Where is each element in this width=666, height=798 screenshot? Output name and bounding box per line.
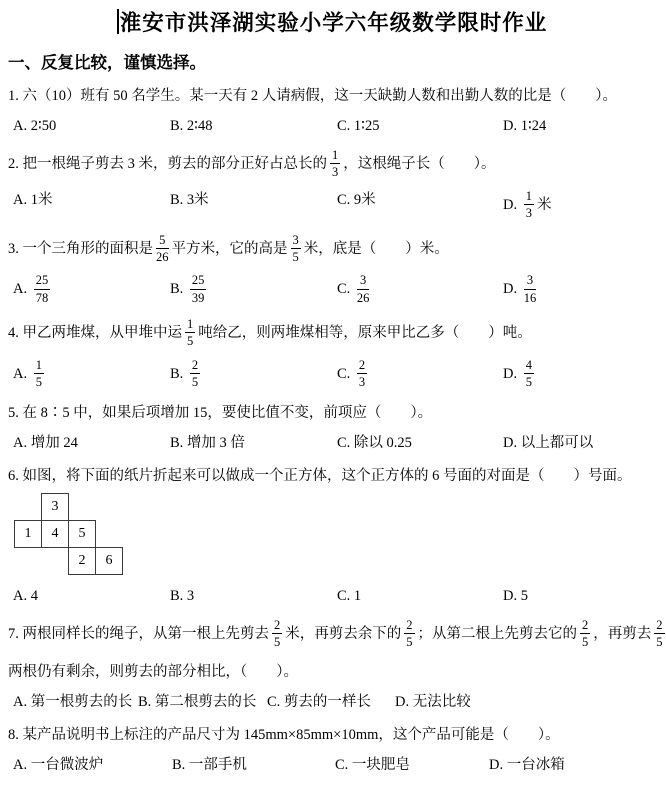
option-b: B. 3米 <box>170 190 337 222</box>
option-c: C. 9米 <box>337 190 503 222</box>
option-b: B. 一部手机 <box>172 755 335 776</box>
question-stem-line: 8. 某产品说明书上标注的产品尺寸为 145mm×85mm×10mm，这个产品可… <box>8 725 656 746</box>
question-stem: 1. 六（10）班有 50 名学生。某一天有 2 人请病假，这一天缺勤人数和出勤… <box>8 86 656 107</box>
option-a: A. 1米 <box>13 190 170 222</box>
fraction: 25 <box>654 618 664 650</box>
option-b: B. 第二根剪去的长 <box>138 692 267 713</box>
option-a: A. 4 <box>13 586 170 607</box>
option-c: C. 23 <box>337 359 503 391</box>
fraction: 13 <box>524 189 534 221</box>
cube-net-diagram: 314526 <box>14 493 656 577</box>
net-cell-1: 1 <box>14 520 42 548</box>
net-cell-6: 6 <box>95 547 123 575</box>
option-d: D. 无法比较 <box>395 692 656 713</box>
fraction: 25 <box>404 618 414 650</box>
option-c: C. 1 <box>337 586 503 607</box>
document-page[interactable]: 淮安市洪泽湖实验小学六年级数学限时作业 一、反复比较，谨慎选择。 1. 六（10… <box>0 0 666 798</box>
option-d: D. 以上都可以 <box>503 433 656 454</box>
option-c: C. 1∶25 <box>337 116 503 137</box>
question-stem-line: 7. 两根同样长的绳子，从第一根上先剪去25米，再剪去余下的25；从第二根上先剪… <box>8 619 656 651</box>
options-row: A. 增加 24B. 增加 3 倍C. 除以 0.25D. 以上都可以 <box>8 433 656 454</box>
fraction: 13 <box>330 148 340 180</box>
option-d: D. 316 <box>503 274 656 306</box>
net-cell-2: 2 <box>68 547 96 575</box>
option-d: D. 45 <box>503 359 656 391</box>
question-8: 8. 某产品说明书上标注的产品尺寸为 145mm×85mm×10mm，这个产品可… <box>8 725 656 776</box>
question-stem: 8. 某产品说明书上标注的产品尺寸为 145mm×85mm×10mm，这个产品可… <box>8 725 656 746</box>
fraction: 15 <box>34 358 44 390</box>
text-cursor <box>117 9 119 34</box>
question-stem-line: 6. 如图，将下面的纸片折起来可以做成一个正方体，这个正方体的 6 号面的对面是… <box>8 466 656 487</box>
fraction: 45 <box>524 358 534 390</box>
fraction: 25 <box>580 618 590 650</box>
question-stem-line: 两根仍有剩余，则剪去的部分相比，（ ）。 <box>8 662 656 683</box>
option-a: A. 增加 24 <box>13 433 170 454</box>
fraction: 2578 <box>34 273 51 305</box>
option-c: C. 326 <box>337 274 503 306</box>
question-3: 3. 一个三角形的面积是526平方米，它的高是35米，底是（ ）米。 A. 25… <box>8 234 656 307</box>
option-d: D. 1∶24 <box>503 116 656 137</box>
option-b: B. 25 <box>170 359 337 391</box>
question-5: 5. 在 8∶5 中，如果后项增加 15，要使比值不变，前项应（ ）。 A. 增… <box>8 403 656 454</box>
option-a: A. 第一根剪去的长 <box>13 692 138 713</box>
question-stem-line: 4. 甲乙两堆煤，从甲堆中运15吨给乙，则两堆煤相等，原来甲比乙多（ ）吨。 <box>8 318 656 350</box>
option-a: A. 2578 <box>13 274 170 306</box>
options-row: A. 15B. 25C. 23D. 45 <box>8 359 656 391</box>
fraction: 15 <box>185 317 195 349</box>
option-d: D. 一台冰箱 <box>489 755 656 776</box>
options-row: A. 一台微波炉B. 一部手机C. 一块肥皂D. 一台冰箱 <box>8 755 656 776</box>
option-a: A. 一台微波炉 <box>13 755 172 776</box>
option-b: B. 2539 <box>170 274 337 306</box>
fraction: 23 <box>357 358 367 390</box>
question-1: 1. 六（10）班有 50 名学生。某一天有 2 人请病假，这一天缺勤人数和出勤… <box>8 86 656 137</box>
options-row: A. 1米B. 3米C. 9米D. 13米 <box>8 190 656 222</box>
question-stem: 3. 一个三角形的面积是526平方米，它的高是35米，底是（ ）米。 <box>8 234 656 266</box>
option-c: C. 除以 0.25 <box>337 433 503 454</box>
option-c: C. 剪去的一样长 <box>267 692 395 713</box>
question-stem-line: 1. 六（10）班有 50 名学生。某一天有 2 人请病假，这一天缺勤人数和出勤… <box>8 86 656 107</box>
option-b: B. 3 <box>170 586 337 607</box>
question-stem: 4. 甲乙两堆煤，从甲堆中运15吨给乙，则两堆煤相等，原来甲比乙多（ ）吨。 <box>8 318 656 350</box>
fraction: 25 <box>272 618 282 650</box>
question-stem: 2. 把一根绳子剪去 3 米，剪去的部分正好占总长的13，这根绳子长（ ）。 <box>8 149 656 181</box>
options-row: A. 2578B. 2539C. 326D. 316 <box>8 274 656 306</box>
question-stem: 5. 在 8∶5 中，如果后项增加 15，要使比值不变，前项应（ ）。 <box>8 403 656 424</box>
question-stem: 6. 如图，将下面的纸片折起来可以做成一个正方体，这个正方体的 6 号面的对面是… <box>8 466 656 487</box>
option-b: B. 2∶48 <box>170 116 337 137</box>
option-d: D. 13米 <box>503 190 656 222</box>
option-b: B. 增加 3 倍 <box>170 433 337 454</box>
option-a: A. 2∶50 <box>13 116 170 137</box>
question-stem: 7. 两根同样长的绳子，从第一根上先剪去25米，再剪去余下的25；从第二根上先剪… <box>8 619 656 684</box>
question-stem-line: 5. 在 8∶5 中，如果后项增加 15，要使比值不变，前项应（ ）。 <box>8 403 656 424</box>
question-list: 1. 六（10）班有 50 名学生。某一天有 2 人请病假，这一天缺勤人数和出勤… <box>8 86 656 776</box>
net-cell-5: 5 <box>68 520 96 548</box>
question-4: 4. 甲乙两堆煤，从甲堆中运15吨给乙，则两堆煤相等，原来甲比乙多（ ）吨。 A… <box>8 318 656 391</box>
option-c: C. 一块肥皂 <box>335 755 489 776</box>
section-heading: 一、反复比较，谨慎选择。 <box>8 52 656 74</box>
question-stem-line: 3. 一个三角形的面积是526平方米，它的高是35米，底是（ ）米。 <box>8 234 656 266</box>
document-title-text: 淮安市洪泽湖实验小学六年级数学限时作业 <box>120 11 548 35</box>
question-stem-line: 2. 把一根绳子剪去 3 米，剪去的部分正好占总长的13，这根绳子长（ ）。 <box>8 149 656 181</box>
fraction: 316 <box>524 273 537 305</box>
question-7: 7. 两根同样长的绳子，从第一根上先剪去25米，再剪去余下的25；从第二根上先剪… <box>8 619 656 714</box>
fraction: 35 <box>291 233 301 265</box>
options-row: A. 第一根剪去的长B. 第二根剪去的长C. 剪去的一样长D. 无法比较 <box>8 692 656 713</box>
fraction: 326 <box>357 273 370 305</box>
question-6: 6. 如图，将下面的纸片折起来可以做成一个正方体，这个正方体的 6 号面的对面是… <box>8 466 656 607</box>
net-cell-3: 3 <box>41 493 69 521</box>
document-title: 淮安市洪泽湖实验小学六年级数学限时作业 <box>8 8 656 38</box>
option-a: A. 15 <box>13 359 170 391</box>
options-row: A. 4B. 3C. 1D. 5 <box>8 586 656 607</box>
net-cell-4: 4 <box>41 520 69 548</box>
fraction: 526 <box>156 233 169 265</box>
question-2: 2. 把一根绳子剪去 3 米，剪去的部分正好占总长的13，这根绳子长（ ）。 A… <box>8 149 656 222</box>
option-d: D. 5 <box>503 586 656 607</box>
fraction: 2539 <box>190 273 207 305</box>
options-row: A. 2∶50B. 2∶48C. 1∶25D. 1∶24 <box>8 116 656 137</box>
fraction: 25 <box>190 358 200 390</box>
